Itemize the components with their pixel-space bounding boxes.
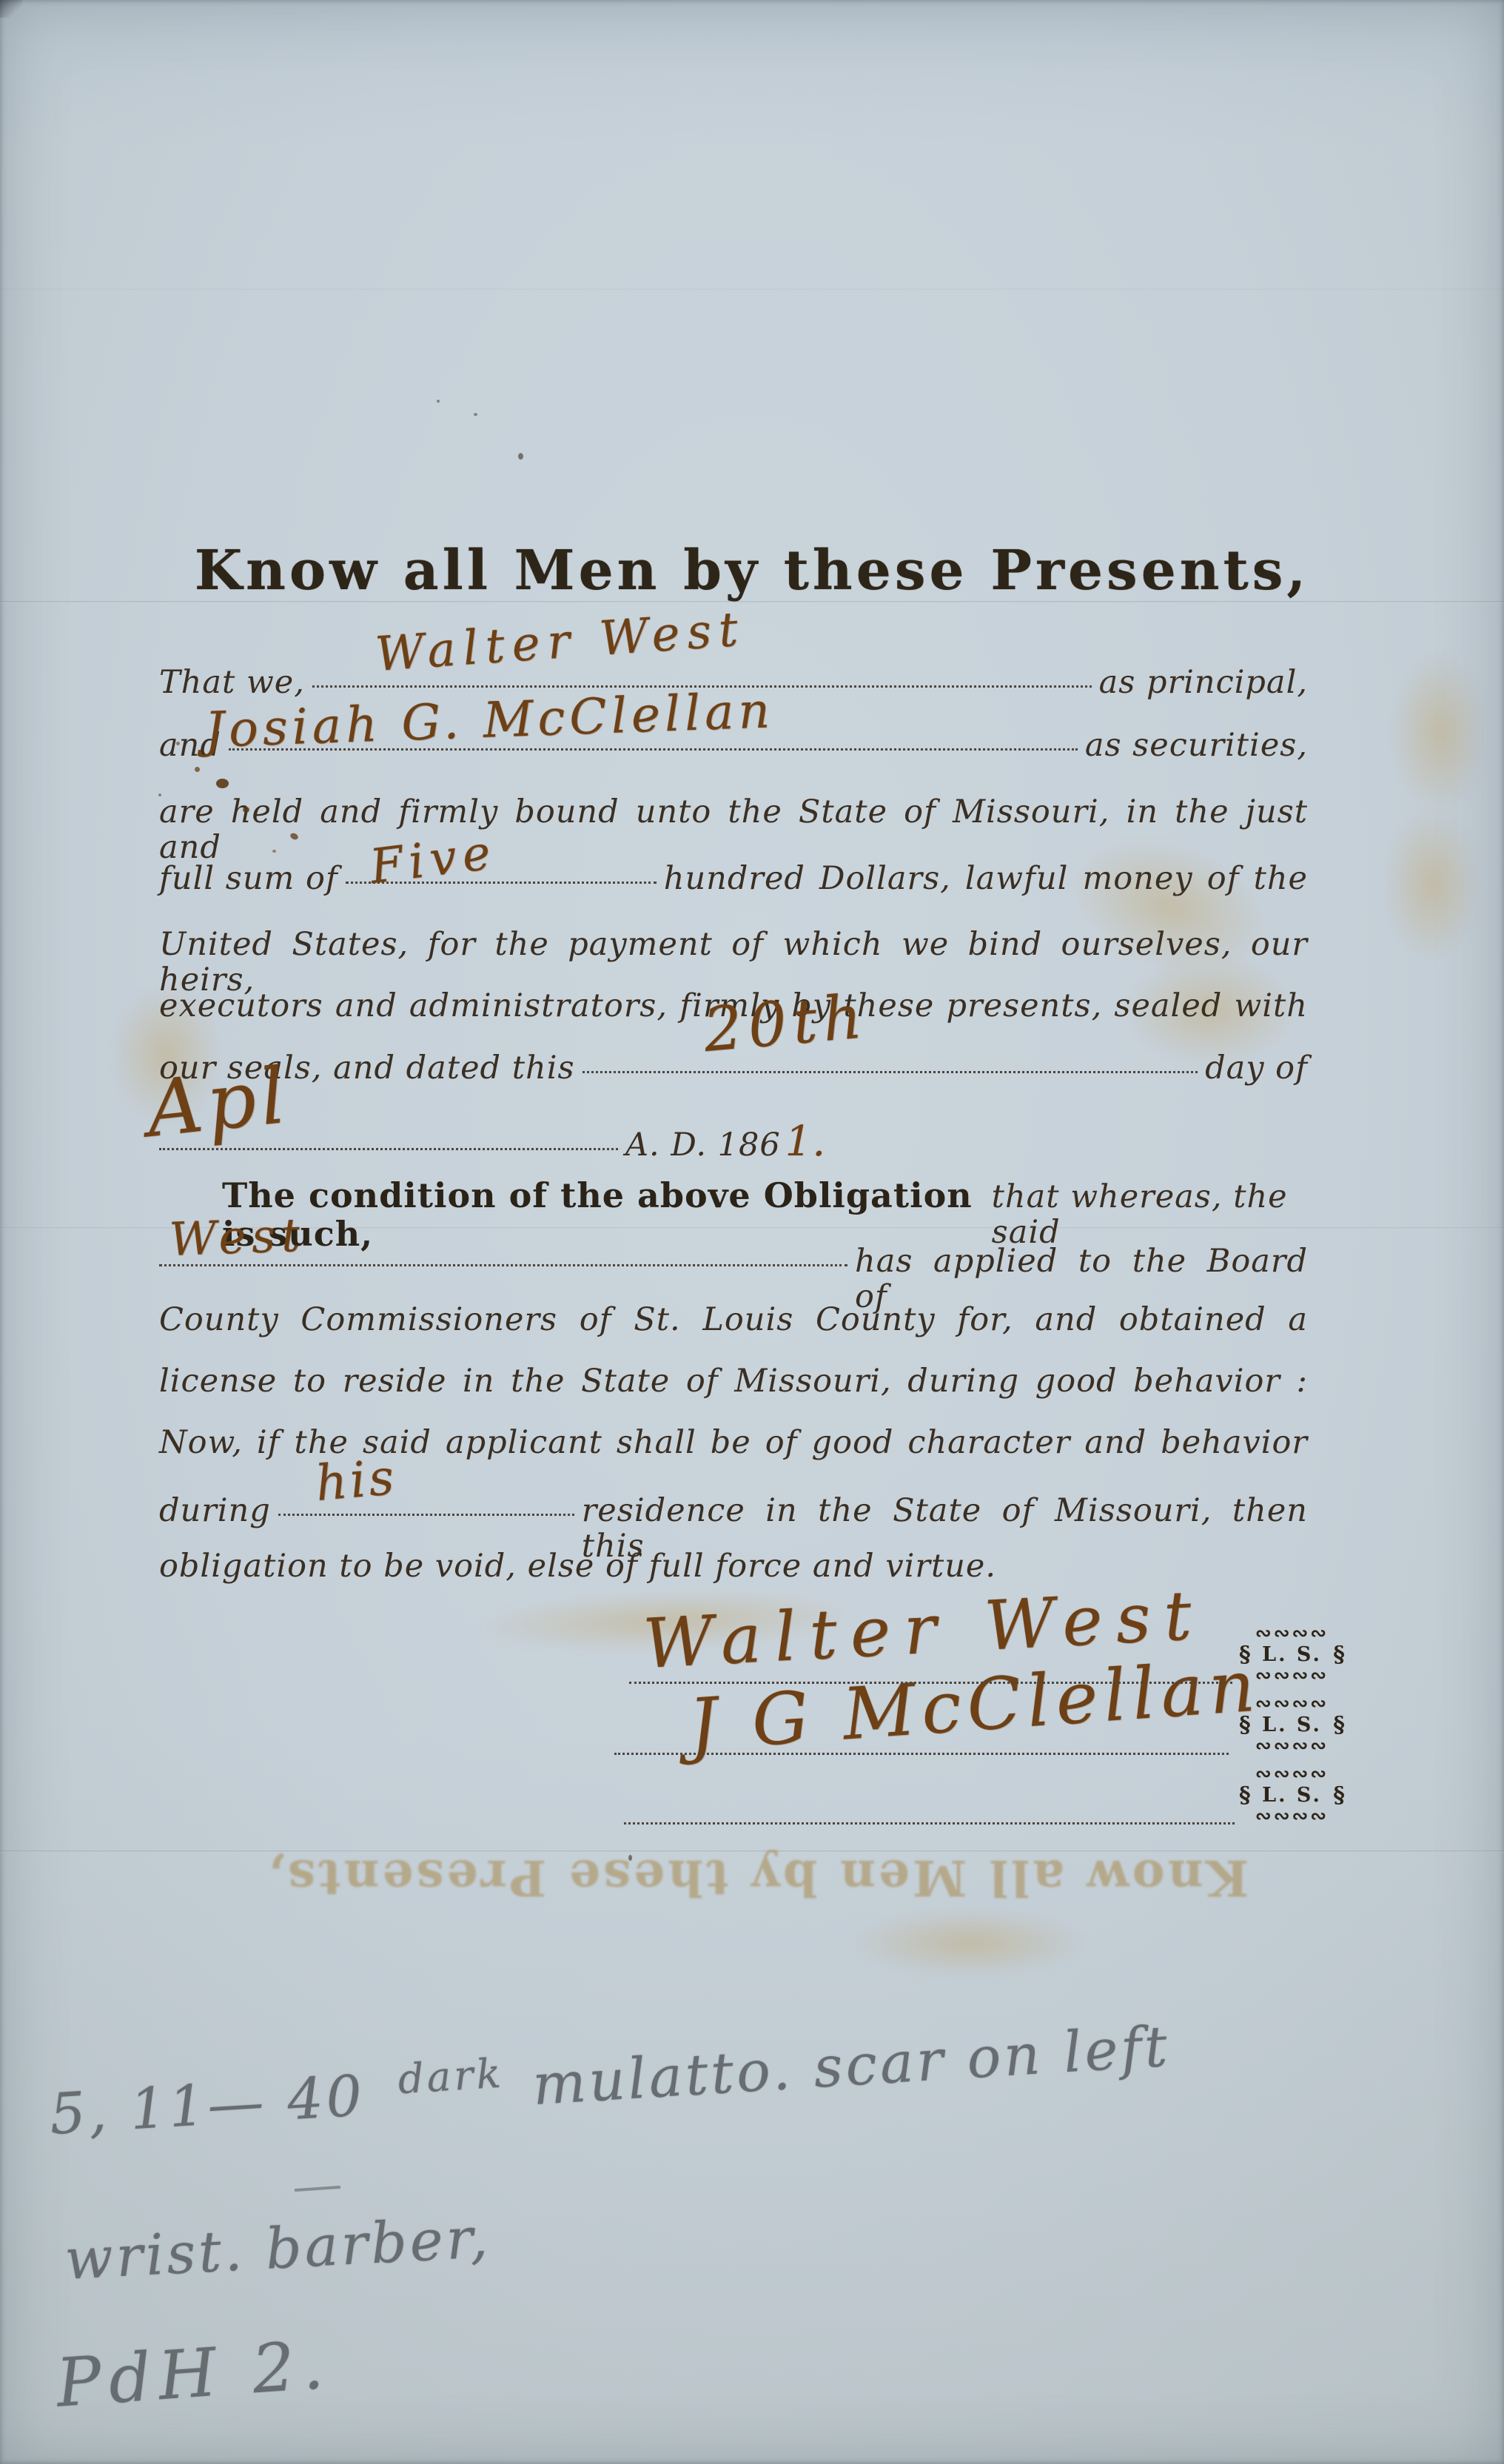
pencil-underline	[295, 2186, 340, 2192]
form-line-county: County Commissioners of St. Louis County…	[159, 1302, 1308, 1337]
pencil-note-wrist-barber: wrist. barber,	[63, 2204, 491, 2292]
printed-text-ad: A. D. 186	[625, 1127, 781, 1163]
dotted-rule	[583, 1071, 1198, 1073]
ink-blot	[243, 807, 249, 813]
section-mark-icon: §	[1333, 1782, 1345, 1808]
section-mark-icon: §	[1239, 1712, 1251, 1738]
ink-blot	[195, 767, 200, 772]
pencil-note-description-rest: mulatto. scar on left	[531, 2013, 1172, 2118]
printed-text-that-whereas: that whereas, the said	[992, 1179, 1308, 1250]
pencil-note-measurements: 5, 11— 40	[48, 2062, 367, 2147]
section-mark-icon: §	[1239, 1642, 1251, 1668]
fold-crease	[0, 289, 1504, 291]
printed-text-full-sum: full sum of	[159, 861, 338, 896]
dotted-rule	[159, 1148, 618, 1150]
condition-heading-line: The condition of the above Obligation is…	[159, 1177, 1308, 1253]
dotted-rule	[278, 1514, 574, 1516]
printed-text-as-principal: as principal,	[1099, 665, 1308, 700]
signature-rule	[624, 1822, 1235, 1824]
ink-blot	[216, 779, 229, 788]
section-mark-icon: §	[1333, 1712, 1345, 1738]
seal-label-row: § L. S. §	[1235, 1712, 1349, 1738]
seal-squiggle: ∾∾∾∾	[1235, 1668, 1349, 1684]
form-line-license: license to reside in the State of Missou…	[159, 1363, 1308, 1399]
section-mark-icon: §	[1239, 1782, 1251, 1808]
ink-blot	[158, 793, 161, 796]
handwritten-date-day: 20th	[701, 981, 871, 1066]
document-page: Know all Men by these Presents, That we,…	[0, 0, 1504, 2464]
seal-label: L. S.	[1262, 1713, 1322, 1736]
pencil-note-description: 5, 11— 40 dark mulatto. scar on left	[48, 2013, 1172, 2147]
seal-ls-1: ∾∾∾∾ § L. S. § ∾∾∾∾	[1235, 1625, 1349, 1684]
ink-blot	[176, 742, 180, 745]
seal-squiggle: ∾∾∾∾	[1235, 1625, 1349, 1642]
ink-blot	[272, 850, 276, 853]
bleedthrough-mark	[1384, 807, 1480, 962]
document-title: Know all Men by these Presents,	[0, 539, 1504, 602]
seal-ls-2: ∾∾∾∾ § L. S. § ∾∾∾∾	[1235, 1696, 1349, 1754]
handwritten-condition-name: West	[168, 1208, 306, 1266]
paper-speck	[518, 453, 523, 460]
printed-text-as-securities: as securities,	[1085, 728, 1308, 763]
handwritten-year-digit: 1.	[785, 1119, 826, 1166]
form-line-bound: are held and firmly bound unto the State…	[159, 794, 1308, 865]
form-line-month-year: A. D. 186 1.	[159, 1119, 1308, 1166]
pencil-note-complexion-modifier: dark	[397, 2050, 506, 2104]
seal-squiggle: ∾∾∾∾	[1235, 1696, 1349, 1712]
paper-speck	[474, 413, 477, 416]
pencil-note-initials: PdH 2.	[54, 2326, 334, 2423]
seal-squiggle: ∾∾∾∾	[1235, 1808, 1349, 1824]
printed-text-day-of: day of	[1205, 1050, 1308, 1086]
seal-label: L. S.	[1262, 1784, 1322, 1807]
bleedthrough-mark	[1391, 651, 1488, 814]
seal-label-row: § L. S. §	[1235, 1782, 1349, 1808]
section-mark-icon: §	[1333, 1642, 1345, 1668]
handwritten-pronoun: his	[313, 1448, 399, 1512]
bleedthrough-mark	[851, 1910, 1088, 1976]
paper-speck	[437, 400, 440, 403]
printed-text-hundred-dollars: hundred Dollars, lawful money of the	[664, 861, 1308, 896]
seal-label: L. S.	[1262, 1643, 1322, 1666]
seal-squiggle: ∾∾∾∾	[1235, 1738, 1349, 1754]
printed-text-during: during	[159, 1493, 271, 1528]
handwritten-date-month: Apl	[142, 1050, 294, 1155]
paper-corner-mark	[0, 0, 22, 18]
printed-text-that-we: That we,	[159, 665, 305, 700]
bleedthrough-title: Know all Men by these Presents,	[244, 1849, 1269, 1907]
signature-rule	[614, 1753, 1229, 1755]
dotted-rule	[159, 1264, 847, 1266]
seal-squiggle: ∾∾∾∾	[1235, 1766, 1349, 1782]
seal-ls-3: ∾∾∾∾ § L. S. § ∾∾∾∾	[1235, 1766, 1349, 1824]
signature-rule	[629, 1682, 1232, 1684]
seal-label-row: § L. S. §	[1235, 1642, 1349, 1668]
condition-heading: The condition of the above Obligation is…	[222, 1177, 992, 1253]
form-line-sum: full sum of hundred Dollars, lawful mone…	[159, 861, 1308, 896]
paper-speck	[628, 1855, 632, 1861]
